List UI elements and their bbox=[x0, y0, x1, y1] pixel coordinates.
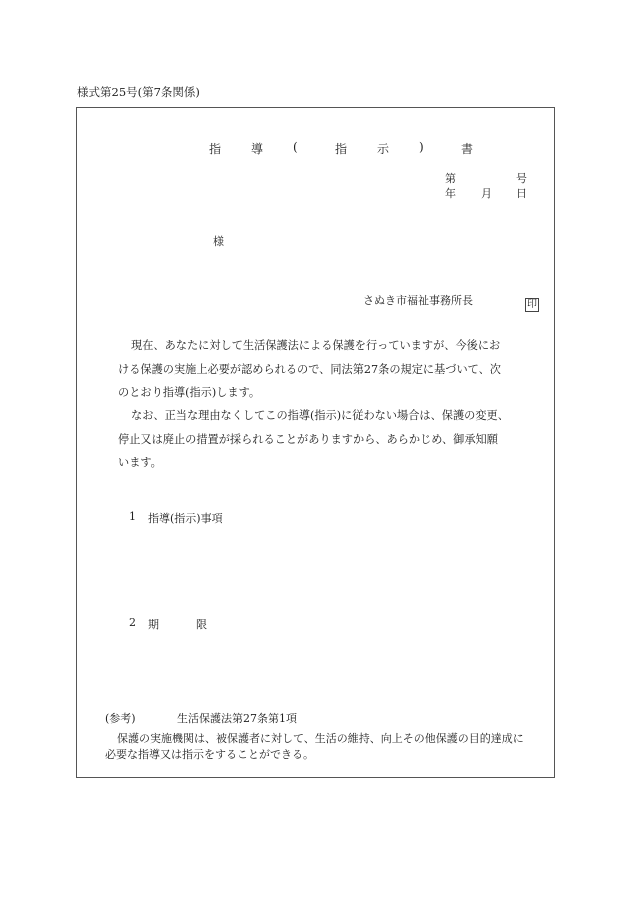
addressee-suffix: 様 bbox=[213, 233, 224, 249]
title-char: ) bbox=[419, 140, 461, 157]
body-line: 現在、あなたに対して生活保護法による保護を行っていますが、今後にお bbox=[131, 337, 500, 353]
item-1-number: 1 bbox=[129, 510, 136, 523]
document-title: 指 導 ( 指 示 ) 書 bbox=[209, 140, 481, 157]
title-char: 示 bbox=[377, 140, 419, 157]
item-1-label: 指導(指示)事項 bbox=[148, 510, 223, 526]
title-char: ( bbox=[293, 140, 335, 157]
body-line: ける保護の実施上必要が認められるので、同法第27条の規定に基づいて、次 bbox=[118, 361, 501, 377]
form-number-label: 様式第25号(第7条関係) bbox=[77, 84, 200, 100]
reference-text-line-2: 必要な指導又は指示をすることができる。 bbox=[105, 746, 314, 762]
title-char: 書 bbox=[461, 140, 481, 157]
document-number-prefix: 第 bbox=[445, 170, 456, 186]
item-2-number: 2 bbox=[129, 616, 136, 629]
seal-mark: 印 bbox=[525, 298, 539, 312]
body-line: のとおり指導(指示)します。 bbox=[118, 384, 260, 400]
date-month: 月 bbox=[481, 185, 492, 201]
title-char: 指 bbox=[209, 140, 251, 157]
item-2-label-a: 期 bbox=[148, 616, 159, 632]
date-year: 年 bbox=[445, 185, 456, 201]
title-char: 導 bbox=[251, 140, 293, 157]
date-day: 日 bbox=[516, 185, 527, 201]
title-char: 指 bbox=[335, 140, 377, 157]
document-number-suffix: 号 bbox=[516, 170, 527, 186]
body-line: います。 bbox=[118, 454, 162, 470]
reference-law: 生活保護法第27条第1項 bbox=[177, 710, 297, 726]
item-2-label-b: 限 bbox=[196, 616, 207, 632]
body-line: 停止又は廃止の措置が採られることがありますから、あらかじめ、御承知願 bbox=[118, 431, 498, 447]
body-line: なお、正当な理由なくしてこの指導(指示)に従わない場合は、保護の変更、 bbox=[131, 407, 509, 423]
reference-text-line-1: 保護の実施機関は、被保護者に対して、生活の維持、向上その他保護の目的達成に bbox=[117, 730, 524, 746]
reference-label: (参考) bbox=[105, 710, 136, 726]
issuer-name: さぬき市福祉事務所長 bbox=[363, 292, 473, 308]
